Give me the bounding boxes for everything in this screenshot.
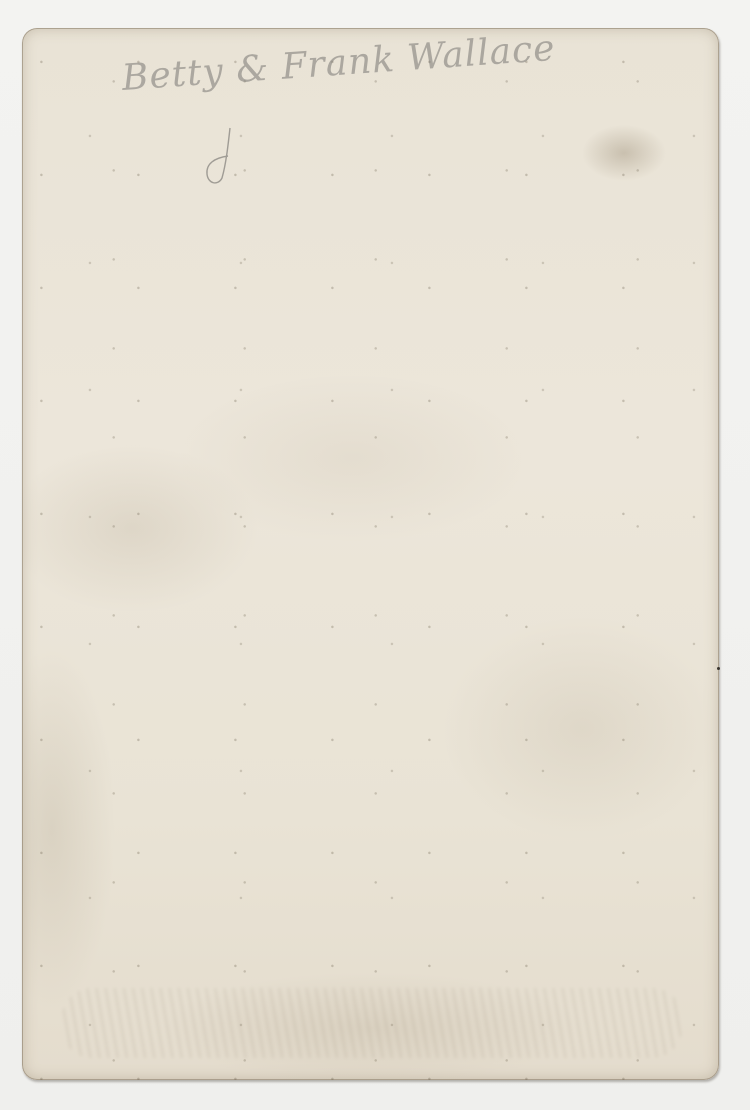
scan-speck <box>717 667 720 670</box>
faded-studio-imprint <box>62 988 682 1058</box>
cabinet-card-back: Betty & Frank Wallace <box>22 28 719 1080</box>
card-foxing-texture <box>22 28 719 1080</box>
handwriting-flourish <box>204 126 234 188</box>
